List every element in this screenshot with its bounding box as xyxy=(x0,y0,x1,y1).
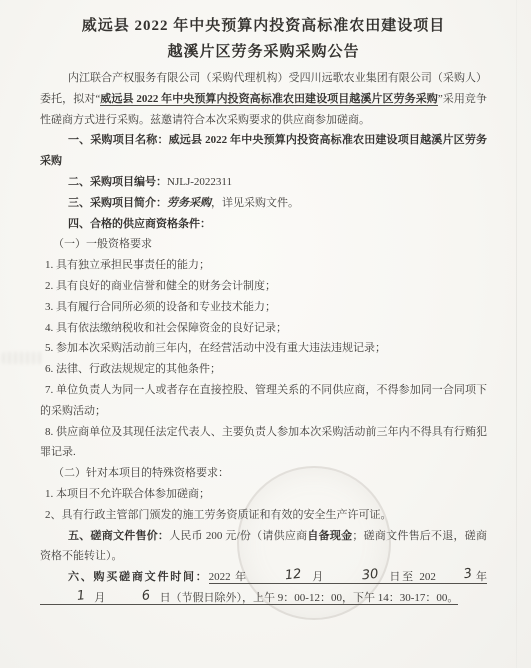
handwritten-month-end: 1 xyxy=(48,589,85,606)
handwritten-day-end: 6 xyxy=(114,589,151,606)
document-title-line1: 威远县 2022 年中央预算内投资高标准农田建设项目 xyxy=(40,13,487,39)
printed-year2-char: 年 xyxy=(474,571,487,583)
section-2-project-number: 二、采购项目编号：NJLJ-2022311 xyxy=(40,172,487,193)
section-3-project-brief: 三、采购项目简介：劳务采购，详见采购文件。 xyxy=(40,193,487,214)
section-5-bold: 自备现金 xyxy=(307,530,352,542)
section-1-label: 一、采购项目名称： xyxy=(68,134,169,146)
section-2-value: NJLJ-2022311 xyxy=(167,176,232,188)
section-6-purchase-time: 六、购买磋商文件时间：2022 年12月30日至 2023年1月6日（节假日除外… xyxy=(40,567,487,609)
general-item-8: 8. 供应商单位及其现任法定代表人、主要负责人参加本次采购活动前三年内不得具有行… xyxy=(40,422,487,464)
printed-tail-segment: 日（节假日除外），上午 9：00-12：00，下午 14：30-17：00。 xyxy=(160,592,459,604)
general-requirements-header: （一）一般资格要求 xyxy=(40,234,487,255)
handwritten-year-digit: 3 xyxy=(435,567,473,586)
section-3-value-rest: ，详见采购文件。 xyxy=(211,197,299,209)
scan-fold-line xyxy=(516,0,517,668)
document-body: 威远县 2022 年中央预算内投资高标准农田建设项目 越溪片区劳务采购采购公告 … xyxy=(40,13,487,609)
special-item-2: 2、具有行政主管部门颁发的施工劳务资质证和有效的安全生产许可证。 xyxy=(40,505,487,526)
section-5-seg1: 人民币 200 元/份（请供应商 xyxy=(169,530,307,542)
special-requirements-header: （二）针对本项目的特殊资格要求： xyxy=(40,463,487,484)
intro-paragraph: 内江联合产权服务有限公司（采购代理机构）受四川远歌农业集团有限公司（采购人）委托… xyxy=(40,68,487,130)
printed-month-char: 月 xyxy=(310,571,325,583)
section-3-value-em: 劳务采购 xyxy=(167,197,211,209)
section-5-document-price: 五、磋商文件售价：人民币 200 元/份（请供应商自备现金；磋商文件售后不退，磋… xyxy=(40,526,487,568)
general-item-6: 6. 法律、行政法规规定的其他条件； xyxy=(40,359,487,380)
general-item-4: 4. 具有依法缴纳税收和社会保障资金的良好记录； xyxy=(40,318,487,339)
section-4-qualification-header: 四、合格的供应商资格条件： xyxy=(40,214,487,235)
general-item-3: 3. 具有履行合同所必须的设备和专业技术能力； xyxy=(40,297,487,318)
handwritten-day-start: 30 xyxy=(333,568,379,586)
handwritten-month-start: 12 xyxy=(256,568,302,586)
section-2-label: 二、采购项目编号： xyxy=(68,176,167,188)
printed-month2-char: 月 xyxy=(94,592,105,604)
printed-to-segment: 日至 202 xyxy=(388,571,436,583)
intro-project-name: 威远县 2022 年中央预算内投资高标准农田建设项目越溪片区劳务采购 xyxy=(100,93,438,106)
printed-year-start: 2022 年 xyxy=(209,571,248,583)
general-item-1: 1. 具有独立承担民事责任的能力； xyxy=(40,255,487,276)
section-1-project-name: 一、采购项目名称：威远县 2022 年中央预算内投资高标准农田建设项目越溪片区劳… xyxy=(40,130,487,172)
special-item-1: 1. 本项目不允许联合体参加磋商； xyxy=(40,484,487,505)
scanned-document-page: 威远县 2022 年中央预算内投资高标准农田建设项目 越溪片区劳务采购采购公告 … xyxy=(0,0,531,668)
general-item-7: 7. 单位负责人为同一人或者存在直接控股、管理关系的不同供应商，不得参加同一合同… xyxy=(40,380,487,422)
document-title-line2: 越溪片区劳务采购采购公告 xyxy=(40,39,487,65)
margin-pencil-smudge xyxy=(2,352,44,364)
general-item-5: 5. 参加本次采购活动前三年内，在经营活动中没有重大违法违规记录； xyxy=(40,338,487,359)
section-4-label: 四、合格的供应商资格条件： xyxy=(68,218,211,230)
section-3-label: 三、采购项目简介： xyxy=(68,197,167,209)
section-5-label: 五、磋商文件售价： xyxy=(68,530,169,542)
general-item-2: 2. 具有良好的商业信誉和健全的财务会计制度； xyxy=(40,276,487,297)
section-6-label: 六、购买磋商文件时间： xyxy=(68,571,209,583)
